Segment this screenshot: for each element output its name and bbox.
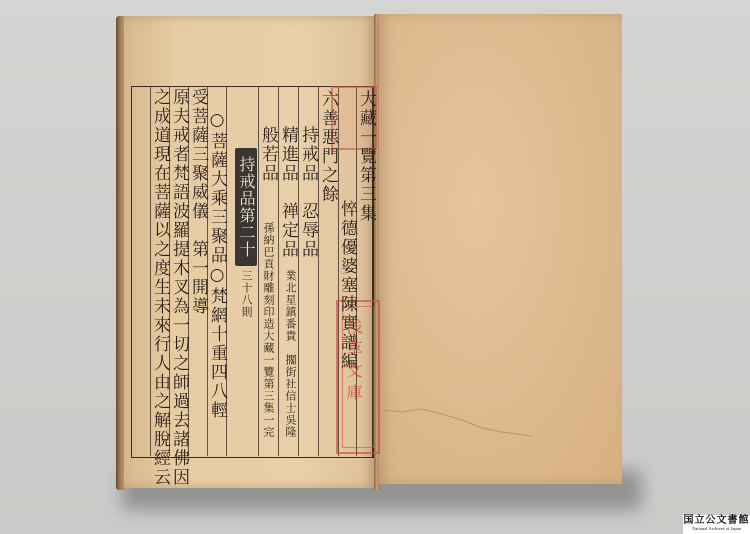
watermark-jp: 国立公文書館: [683, 515, 750, 526]
text-column: 原夫戒者梵語波羅提木叉為一切之師過去諸佛因: [170, 88, 188, 487]
text-column: 六善悪門之餘: [319, 90, 337, 204]
text-column: 大藏一覽第三集: [357, 90, 375, 223]
paper-crack: [382, 400, 542, 440]
text-column: 精進品 禅定品: [279, 126, 297, 259]
text-column: 般若品: [259, 126, 277, 183]
text-column-small: 業北星鎮番貴 擱街社信士吳隆: [284, 270, 296, 438]
text-column: 持戒品 忍辱品: [299, 126, 317, 259]
text-column-small: 三十八則: [240, 270, 252, 318]
text-column-small: 孫納巴貢財雕刻印造大藏一覽第三集一完: [262, 222, 274, 438]
text-column: ○菩薩大乘三聚品○梵網十重四八輕: [208, 110, 226, 420]
chapter-title-box: 持戒品第二十: [235, 148, 257, 266]
text-column: 受菩薩三聚威儀 第一開導: [189, 88, 207, 316]
watermark-en: National Archives of Japan: [683, 526, 750, 532]
text-column: 之成道現在菩薩以之度生未來行人由之解脫經云: [151, 88, 169, 487]
archive-watermark-logo: 国立公文書館 National Archives of Japan: [683, 515, 750, 534]
text-column: 悴德優婆塞陳實譜編: [338, 200, 356, 371]
